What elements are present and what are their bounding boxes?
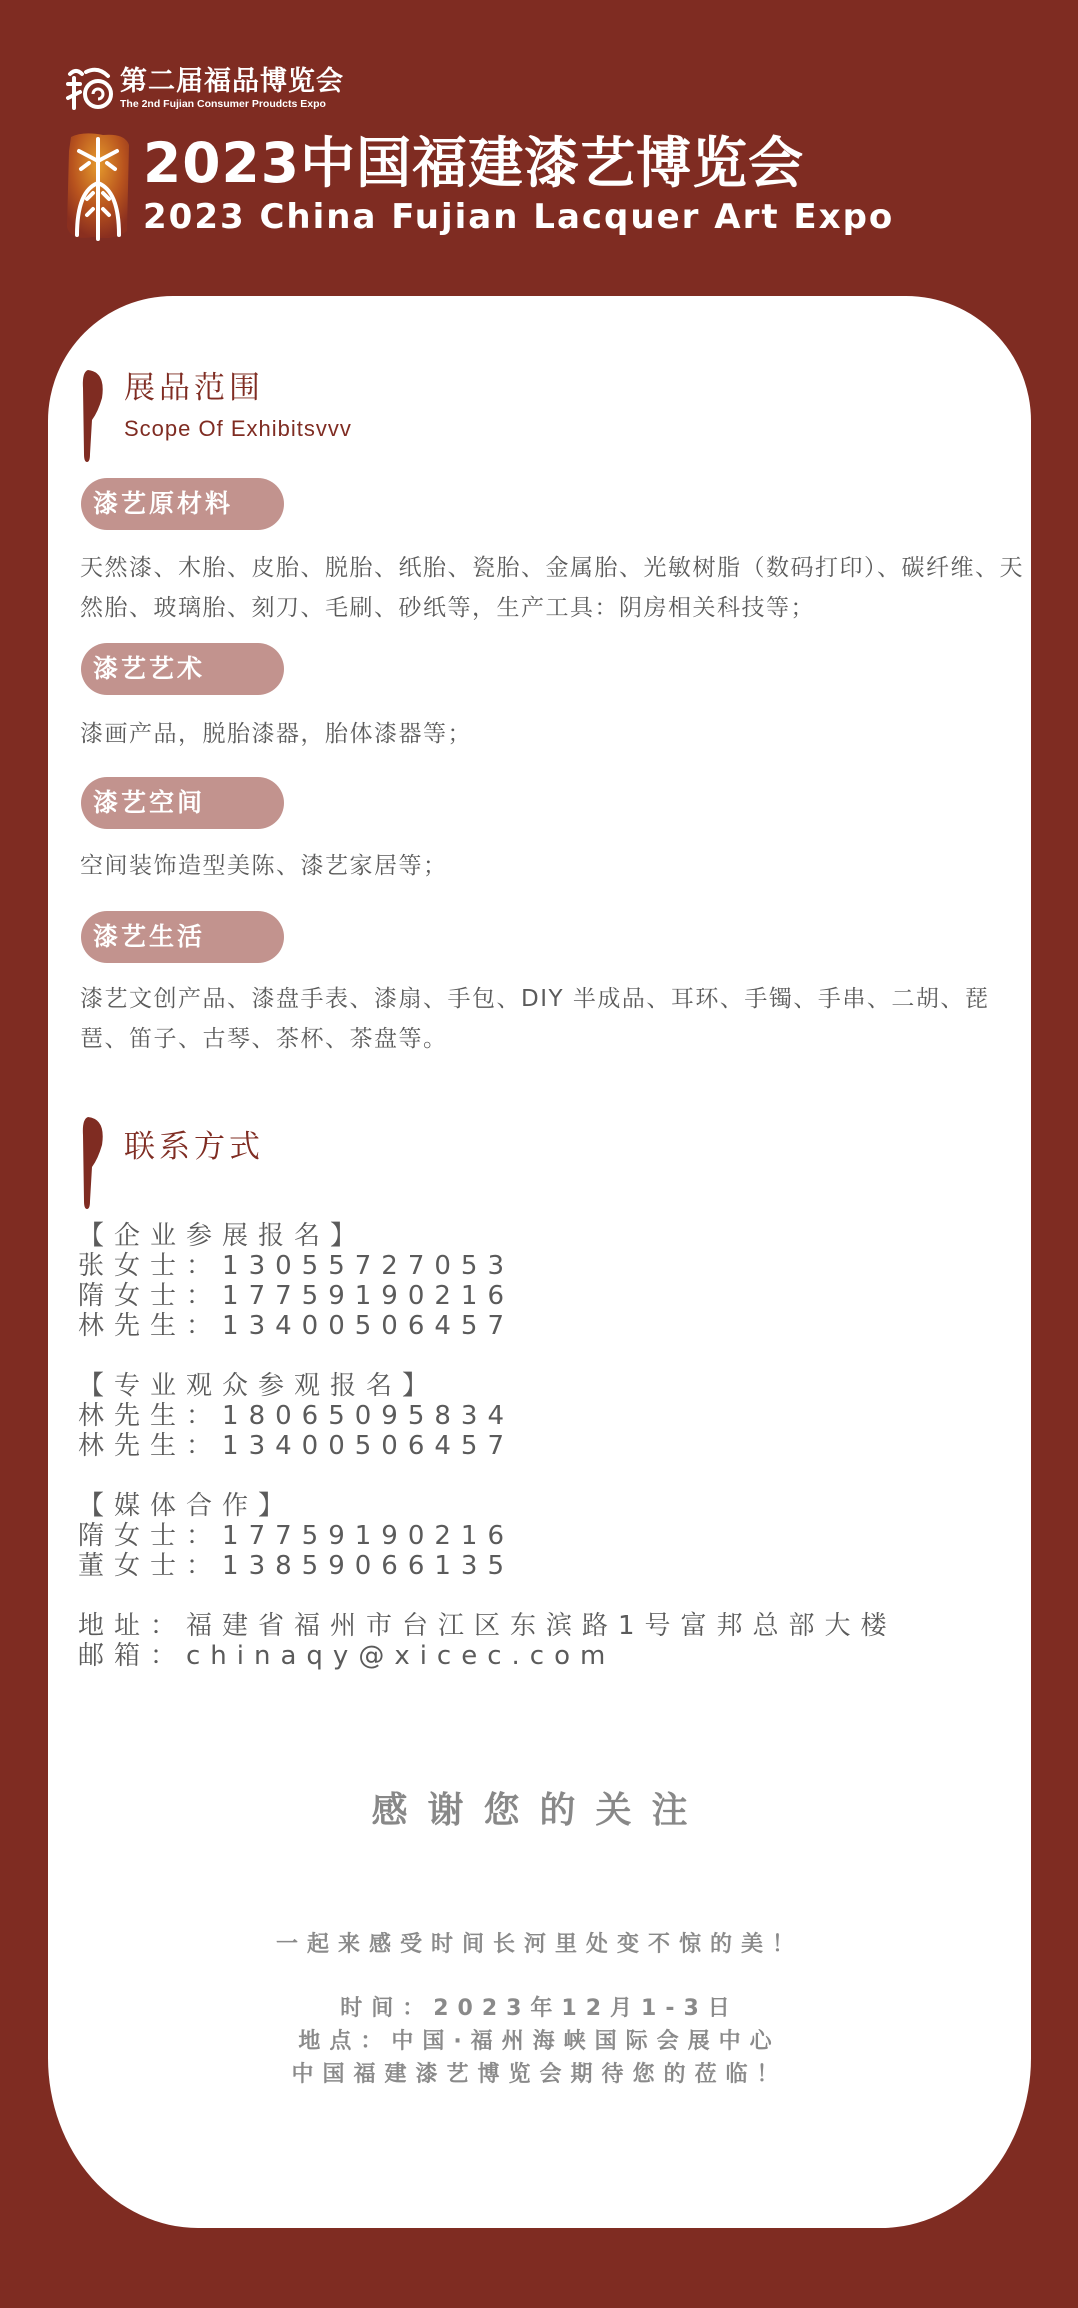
email-link[interactable]: chinaqy@xicec.com <box>186 1641 615 1671</box>
contact-phone[interactable]: 17759190216 <box>222 1521 514 1551</box>
contact-name: 董女士 <box>78 1551 186 1581</box>
contact-group-heading: 【企业参展报名】 <box>78 1221 897 1251</box>
contact-name: 隋女士 <box>78 1521 186 1551</box>
contact-phone[interactable]: 17759190216 <box>222 1281 514 1311</box>
contact-row: 董女士：13859066135 <box>78 1551 897 1581</box>
address-row: 地址：福建省福州市台江区东滨路1号富邦总部大楼 <box>78 1611 897 1641</box>
event-time: 时间：2023年12月1-3日 <box>48 1992 1031 2025</box>
contact-title: 联系方式 <box>124 1127 264 1167</box>
content-card: 展品范围 Scope Of Exhibitsvvv 漆艺原材料 天然漆、木胎、皮… <box>48 296 1031 2228</box>
exhibits-subtitle: Scope Of Exhibitsvvv <box>124 414 352 444</box>
category-pill-art: 漆艺艺术 <box>81 643 284 695</box>
contact-phone[interactable]: 18065095834 <box>222 1401 514 1431</box>
contact-row: 隋女士：17759190216 <box>78 1521 897 1551</box>
thanks-heading: 感谢您的关注 <box>48 1782 1031 1833</box>
contact-name: 隋女士 <box>78 1281 186 1311</box>
contact-list: 【企业参展报名】 张女士：13055727053 隋女士：17759190216… <box>78 1221 897 1671</box>
header: 第二届福品博览会 The 2nd Fujian Consumer Proudct… <box>0 0 1078 300</box>
fupin-title-cn: 第二届福品博览会 <box>120 67 344 97</box>
category-text-art: 漆画产品，脱胎漆器，胎体漆器等； <box>80 714 1030 754</box>
contact-name: 林先生 <box>78 1311 186 1341</box>
contact-name: 林先生 <box>78 1431 186 1461</box>
category-pill-raw-materials: 漆艺原材料 <box>81 478 284 530</box>
category-text-raw-materials: 天然漆、木胎、皮胎、脱胎、纸胎、瓷胎、金属胎、光敏树脂（数码打印）、碳纤维、天然… <box>80 548 1030 628</box>
category-pill-life: 漆艺生活 <box>81 911 284 963</box>
category-text-life: 漆艺文创产品、漆盘手表、漆扇、手包、DIY 半成品、耳环、手镯、手串、二胡、琵琶… <box>80 979 1030 1059</box>
exhibits-title: 展品范围 <box>124 368 352 408</box>
expo-title-cn: 2023中国福建漆艺博览会 <box>143 130 804 196</box>
event-place: 地点：中国·福州海峡国际会展中心 <box>48 2025 1031 2058</box>
contact-row: 张女士：13055727053 <box>78 1251 897 1281</box>
lacquer-seal-icon <box>63 131 133 243</box>
contact-phone[interactable]: 13055727053 <box>222 1251 514 1281</box>
contact-row: 林先生：13400506457 <box>78 1431 897 1461</box>
address-label: 地址： <box>78 1611 186 1641</box>
fu-character-logo-icon <box>64 64 114 114</box>
lacquer-drip-icon <box>78 368 108 464</box>
contact-group-heading: 【专业观众参观报名】 <box>78 1371 897 1401</box>
category-pill-space: 漆艺空间 <box>81 777 284 829</box>
lacquer-drip-icon <box>78 1115 108 1211</box>
contact-row: 隋女士：17759190216 <box>78 1281 897 1311</box>
contact-row: 林先生：18065095834 <box>78 1401 897 1431</box>
slogan: 一起来感受时间长河里处变不惊的美！ <box>48 1928 1031 1961</box>
fupin-expo-logo: 第二届福品博览会 The 2nd Fujian Consumer Proudct… <box>64 64 344 114</box>
contact-name: 张女士 <box>78 1251 186 1281</box>
invitation: 中国福建漆艺博览会期待您的莅临！ <box>48 2058 1031 2091</box>
category-text-space: 空间装饰造型美陈、漆艺家居等； <box>80 846 1030 886</box>
contact-group-heading: 【媒体合作】 <box>78 1491 897 1521</box>
contact-row: 林先生：13400506457 <box>78 1311 897 1341</box>
contact-name: 林先生 <box>78 1401 186 1431</box>
contact-section-header: 联系方式 <box>78 1115 264 1211</box>
expo-title-en: 2023 China Fujian Lacquer Art Expo <box>143 196 894 238</box>
email-row: 邮箱：chinaqy@xicec.com <box>78 1641 897 1671</box>
email-label: 邮箱： <box>78 1641 186 1671</box>
fupin-title-en: The 2nd Fujian Consumer Proudcts Expo <box>120 97 344 111</box>
contact-phone[interactable]: 13400506457 <box>222 1311 514 1341</box>
exhibits-section-header: 展品范围 Scope Of Exhibitsvvv <box>78 368 352 464</box>
address-value: 福建省福州市台江区东滨路1号富邦总部大楼 <box>186 1611 897 1641</box>
contact-phone[interactable]: 13400506457 <box>222 1431 514 1461</box>
contact-phone[interactable]: 13859066135 <box>222 1551 514 1581</box>
